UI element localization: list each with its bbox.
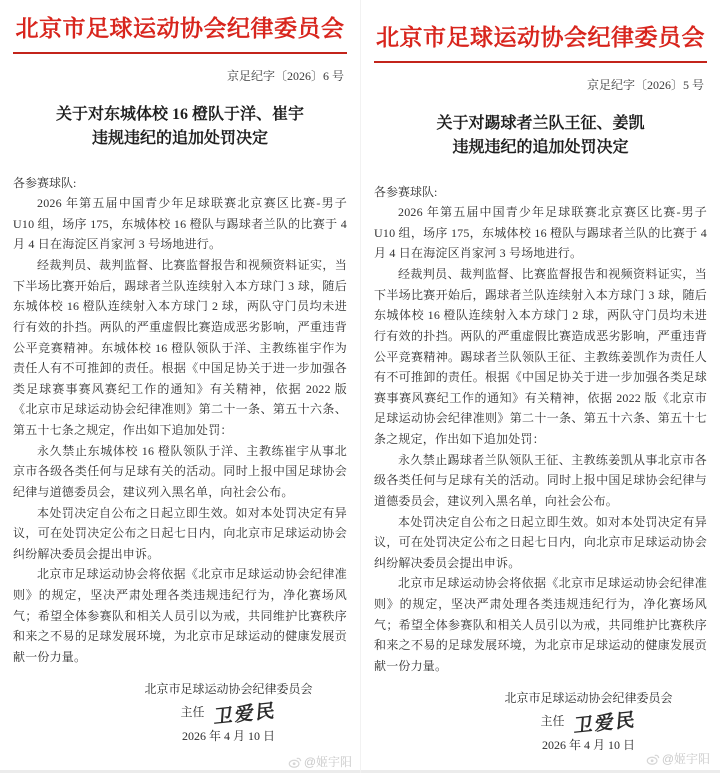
watermark: @姬宇阳 (288, 753, 352, 770)
watermark: @姬宇阳 (646, 750, 710, 767)
document-title-line2: 违规违纪的追加处罚决定 (374, 136, 707, 160)
document-title-line1: 关于对东城体校 16 橙队于洋、崔宇 (13, 103, 347, 127)
signature-org: 北京市足球运动协会纪律委员会 (476, 689, 701, 708)
paragraph: 经裁判员、裁判监督、比赛监督报告和视频资料证实，当下半场比赛开始后，踢球者兰队连… (374, 264, 707, 450)
paragraph: 北京市足球运动协会将依据《北京市足球运动协会纪律准则》的规定，坚决严肃处理各类违… (374, 573, 707, 676)
signature-block: 北京市足球运动协会纪律委员会 主任 卫爱民 2026 年 4 月 10 日 (476, 689, 701, 755)
org-letterhead-title: 北京市足球运动协会纪律委员会 (374, 24, 707, 52)
paragraph: 本处罚决定自公布之日起立即生效。如对本处罚决定有异议，可在处罚决定公布之日起七日… (374, 512, 707, 574)
document-number: 京足纪字〔2026〕6 号 (13, 67, 347, 84)
watermark-text: @姬宇阳 (662, 750, 710, 767)
paragraph: 永久禁止东城体校 16 橙队领队于洋、主教练崔宇从事北京市各级各类任何与足球有关… (13, 441, 347, 503)
chairman-signature: 卫爱民 (213, 696, 278, 730)
paragraph: 2026 年第五届中国青少年足球联赛北京赛区比赛-男子 U10 组，场序 175… (374, 202, 707, 264)
document-pair: 北京市足球运动协会纪律委员会 京足纪字〔2026〕6 号 关于对东城体校 16 … (0, 0, 720, 773)
signature-role: 主任 (540, 712, 564, 731)
signature-role: 主任 (180, 703, 204, 722)
document-body: 各参赛球队: 2026 年第五届中国青少年足球联赛北京赛区比赛-男子 U10 组… (13, 173, 347, 668)
paragraph: 北京市足球运动协会将依据《北京市足球运动协会纪律准则》的规定，坚决严肃处理各类违… (13, 564, 347, 667)
document-number: 京足纪字〔2026〕5 号 (374, 76, 707, 93)
org-letterhead-title: 北京市足球运动协会纪律委员会 (13, 15, 347, 43)
weibo-icon (288, 755, 302, 769)
signature-org: 北京市足球运动协会纪律委员会 (116, 680, 341, 699)
paragraph: 经裁判员、裁判监督、比赛监督报告和视频资料证实，当下半场比赛开始后，踢球者兰队连… (13, 255, 347, 441)
salutation: 各参赛球队: (374, 182, 707, 203)
watermark-text: @姬宇阳 (304, 753, 352, 770)
document-title: 关于对东城体校 16 橙队于洋、崔宇 违规违纪的追加处罚决定 (13, 103, 347, 151)
paragraph: 本处罚决定自公布之日起立即生效。如对本处罚决定有异议，可在处罚决定公布之日起七日… (13, 503, 347, 565)
document-right: 北京市足球运动协会纪律委员会 京足纪字〔2026〕5 号 关于对踢球者兰队王征、… (360, 0, 720, 773)
document-title: 关于对踢球者兰队王征、姜凯 违规违纪的追加处罚决定 (374, 112, 707, 160)
document-left: 北京市足球运动协会纪律委员会 京足纪字〔2026〕6 号 关于对东城体校 16 … (0, 0, 360, 773)
signature-block: 北京市足球运动协会纪律委员会 主任 卫爱民 2026 年 4 月 10 日 (116, 680, 341, 746)
document-title-line2: 违规违纪的追加处罚决定 (13, 127, 347, 151)
salutation: 各参赛球队: (13, 173, 347, 194)
paragraph: 2026 年第五届中国青少年足球联赛北京赛区比赛-男子 U10 组，场序 175… (13, 193, 347, 255)
signature-date: 2026 年 4 月 10 日 (116, 727, 341, 746)
document-title-line1: 关于对踢球者兰队王征、姜凯 (374, 112, 707, 136)
letterhead-rule (374, 61, 707, 63)
weibo-icon (646, 752, 660, 766)
paragraph: 永久禁止踢球者兰队领队王征、主教练姜凯从事北京市各级各类任何与足球有关的活动。同… (374, 450, 707, 512)
letterhead-rule (13, 52, 347, 54)
signature-role-line: 主任 卫爱民 (116, 700, 341, 726)
chairman-signature: 卫爱民 (573, 705, 638, 739)
signature-role-line: 主任 卫爱民 (476, 709, 701, 735)
document-body: 各参赛球队: 2026 年第五届中国青少年足球联赛北京赛区比赛-男子 U10 组… (374, 182, 707, 677)
